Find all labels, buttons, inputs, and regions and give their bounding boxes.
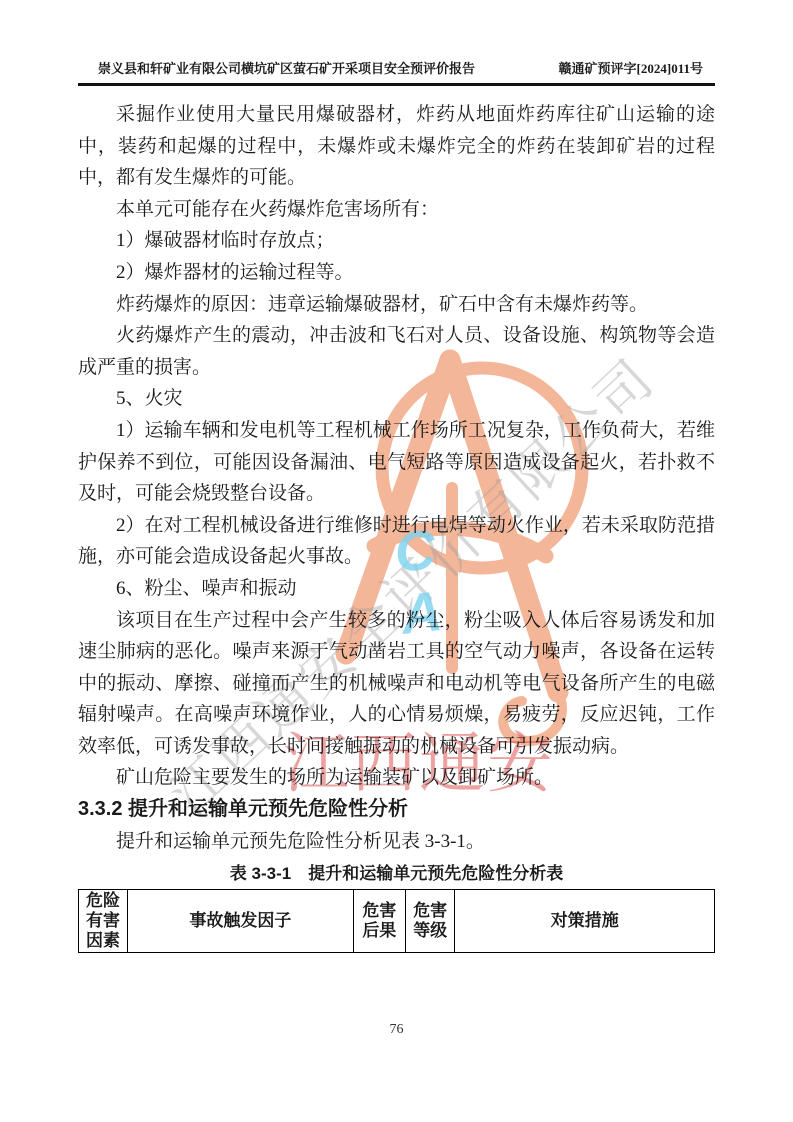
table-header-row: 危险有害因素 事故触发因子 危害后果 危害等级 对策措施 [79,890,715,953]
body-paragraph: 1）运输车辆和发电机等工程机械工作场所工况复杂，工作负荷大，若维护保养不到位，可… [78,415,715,510]
body-paragraph: 2）爆炸器材的运输过程等。 [78,257,715,289]
body-paragraph: 1）爆破器材临时存放点； [78,225,715,257]
content-layer: 崇义县和轩矿业有限公司横坑矿区萤石矿开采项目安全预评价报告 赣通矿预评字[202… [0,0,793,1122]
table-header-cell: 危害等级 [405,890,455,953]
body-paragraph: 本单元可能存在火药爆炸危害场所有： [78,194,715,226]
body-paragraph: 6、粉尘、噪声和振动 [78,573,715,605]
table-header-cell: 对策措施 [455,890,715,953]
header-doc-number: 赣通矿预评字[2024]011号 [559,58,715,77]
body-paragraph: 炸药爆炸的原因：违章运输爆破器材，矿石中含有未爆炸药等。 [78,289,715,321]
table-reference-paragraph: 提升和运输单元预先危险性分析见表 3-3-1。 [78,826,715,858]
hazard-analysis-table: 危险有害因素 事故触发因子 危害后果 危害等级 对策措施 [78,889,715,953]
body-paragraph: 火药爆炸产生的震动，冲击波和飞石对人员、设备设施、构筑物等会造成严重的损害。 [78,320,715,383]
document-body: 采掘作业使用大量民用爆破器材，炸药从地面炸药库往矿山运输的途中，装药和起爆的过程… [78,99,715,953]
table-caption: 表 3-3-1 提升和运输单元预先危险性分析表 [78,860,715,887]
body-paragraph: 采掘作业使用大量民用爆破器材，炸药从地面炸药库往矿山运输的途中，装药和起爆的过程… [78,99,715,194]
page-header: 崇义县和轩矿业有限公司横坑矿区萤石矿开采项目安全预评价报告 赣通矿预评字[202… [78,58,715,86]
section-heading-3-3-2: 3.3.2 提升和运输单元预先危险性分析 [78,794,715,826]
document-page: 江西通安全评价有限公司 C A 江西通安 崇义县和轩矿业有限公司横坑矿区萤石矿开… [0,0,793,1122]
body-paragraph: 矿山危险主要发生的场所为运输装矿以及卸矿场所。 [78,762,715,794]
table-header-cell: 危险有害因素 [79,890,128,953]
header-report-title: 崇义县和轩矿业有限公司横坑矿区萤石矿开采项目安全预评价报告 [78,58,475,77]
body-paragraph: 2）在对工程机械设备进行维修时进行电焊等动火作业，若未采取防范措施，亦可能会造成… [78,510,715,573]
table-header-cell: 危害后果 [353,890,405,953]
body-paragraph: 5、火灾 [78,383,715,415]
body-paragraph: 该项目在生产过程中会产生较多的粉尘，粉尘吸入人体后容易诱发和加速尘肺病的恶化。噪… [78,605,715,763]
table-header-cell: 事故触发因子 [127,890,353,953]
page-number: 76 [0,1022,793,1038]
